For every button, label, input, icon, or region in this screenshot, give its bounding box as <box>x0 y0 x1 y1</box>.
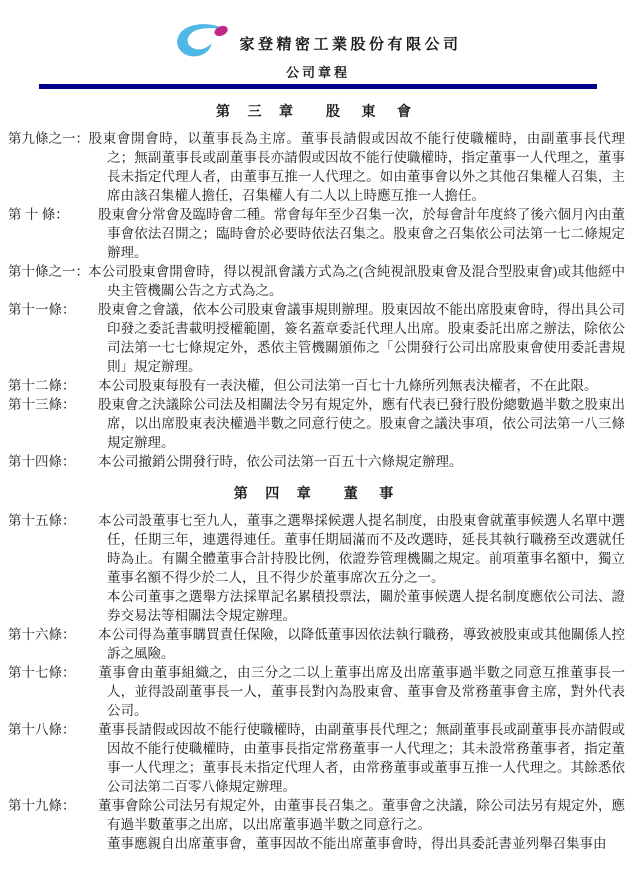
article-paragraph: 第十三條：股東會之決議除公司法及相關法令另有規定外，應有代表已發行股份總數過半數… <box>107 395 625 452</box>
chapter-title: 股 東 會 <box>326 105 420 120</box>
article-label: 第十八條： <box>8 720 98 739</box>
article-paragraph: 第 十 條：股東會分常會及臨時會二種。常會每年至少召集一次，於每會計年度終了後六… <box>107 205 625 262</box>
article: 第十九條：董事會除公司法另有規定外，由董事長召集之。董事會之決議，除公司法另有規… <box>0 796 636 853</box>
company-logo-icon <box>174 22 232 59</box>
article-label: 第十條之一： <box>8 262 88 281</box>
article: 第十一條：股東會之會議，依本公司股東會議事規則辦理。股東因故不能出席股東會時，得… <box>0 300 636 376</box>
article: 第十二條：本公司股東每股有一表決權，但公司法第一百七十九條所列無表決權者，不在此… <box>0 376 636 395</box>
article-label: 第 十 條： <box>8 205 98 224</box>
article-paragraph: 第十八條：董事長請假或因故不能行使職權時，由副董事長代理之；無副董事長或副董事長… <box>107 720 625 796</box>
article-paragraph: 第十一條：股東會之會議，依本公司股東會議事規則辦理。股東因故不能出席股東會時，得… <box>107 300 625 376</box>
article-paragraph: 第十九條：董事會除公司法另有規定外，由董事長召集之。董事會之決議，除公司法另有規… <box>107 796 625 834</box>
article-label: 第十四條： <box>8 452 98 471</box>
chapter-number: 第 四 章 <box>234 487 318 502</box>
article-paragraph: 第十七條：董事會由董事組織之，由三分之二以上董事出席及出席董事過半數之同意互推董… <box>107 663 625 720</box>
company-name: 家登精密工業股份有限公司 <box>239 33 461 54</box>
article-paragraph: 第十條之一：本公司股東會開會時，得以視訊會議方式為之(含純視訊股東會及混合型股東… <box>107 262 625 300</box>
article-label: 第九條之一： <box>8 129 88 148</box>
document-body: 第 三 章股 東 會第九條之一：股東會開會時，以董事長為主席。董事長請假或因故不… <box>0 104 636 853</box>
article-paragraph: 董事應親自出席董事會，董事因故不能出席董事會時，得出具委託書並列舉召集事由 <box>107 834 625 853</box>
article-paragraph: 第九條之一：股東會開會時，以董事長為主席。董事長請假或因故不能行使職權時，由副董… <box>107 129 625 205</box>
document-title: 公司章程 <box>0 64 636 81</box>
article: 第十六條：本公司得為董事購買責任保險，以降低董事因依法執行職務，導致被股東或其他… <box>0 625 636 663</box>
article: 第十五條：本公司設董事七至九人，董事之選舉採候選人提名制度，由股東會就董事候選人… <box>0 511 636 625</box>
article-paragraph: 本公司董事之選舉方法採單記名累積投票法，關於董事候選人提名制度應依公司法、證券交… <box>107 587 625 625</box>
chapter-title: 董 事 <box>344 487 403 502</box>
article: 第十條之一：本公司股東會開會時，得以視訊會議方式為之(含純視訊股東會及混合型股東… <box>0 262 636 300</box>
article: 第 十 條：股東會分常會及臨時會二種。常會每年至少召集一次，於每會計年度終了後六… <box>0 205 636 262</box>
article: 第十七條：董事會由董事組織之，由三分之二以上董事出席及出席董事過半數之同意互推董… <box>0 663 636 720</box>
article: 第十四條：本公司撤銷公開發行時，依公司法第一百五十六條規定辦理。 <box>0 452 636 471</box>
document-page: 家登精密工業股份有限公司 公司章程 第 三 章股 東 會第九條之一：股東會開會時… <box>0 0 636 883</box>
article-label: 第十五條： <box>8 511 98 530</box>
header-divider-rule <box>39 84 597 89</box>
article-label: 第十三條： <box>8 395 98 414</box>
article-label: 第十七條： <box>8 663 98 682</box>
article-paragraph: 第十四條：本公司撤銷公開發行時，依公司法第一百五十六條規定辦理。 <box>107 452 625 471</box>
article-paragraph: 第十二條：本公司股東每股有一表決權，但公司法第一百七十九條所列無表決權者，不在此… <box>107 376 625 395</box>
chapter-heading-2: 第 四 章董 事 <box>0 486 636 503</box>
article-label: 第十九條： <box>8 796 98 815</box>
document-header: 家登精密工業股份有限公司 <box>0 0 636 61</box>
chapter-number: 第 三 章 <box>216 105 300 120</box>
article-label: 第十一條： <box>8 300 98 319</box>
article-label: 第十二條： <box>8 376 98 395</box>
article-label: 第十六條： <box>8 625 98 644</box>
article-paragraph: 第十六條：本公司得為董事購買責任保險，以降低董事因依法執行職務，導致被股東或其他… <box>107 625 625 663</box>
chapter-heading-1: 第 三 章股 東 會 <box>0 104 636 121</box>
article: 第十三條：股東會之決議除公司法及相關法令另有規定外，應有代表已發行股份總數過半數… <box>0 395 636 452</box>
article: 第九條之一：股東會開會時，以董事長為主席。董事長請假或因故不能行使職權時，由副董… <box>0 129 636 205</box>
article: 第十八條：董事長請假或因故不能行使職權時，由副董事長代理之；無副董事長或副董事長… <box>0 720 636 796</box>
article-paragraph: 第十五條：本公司設董事七至九人，董事之選舉採候選人提名制度，由股東會就董事候選人… <box>107 511 625 587</box>
